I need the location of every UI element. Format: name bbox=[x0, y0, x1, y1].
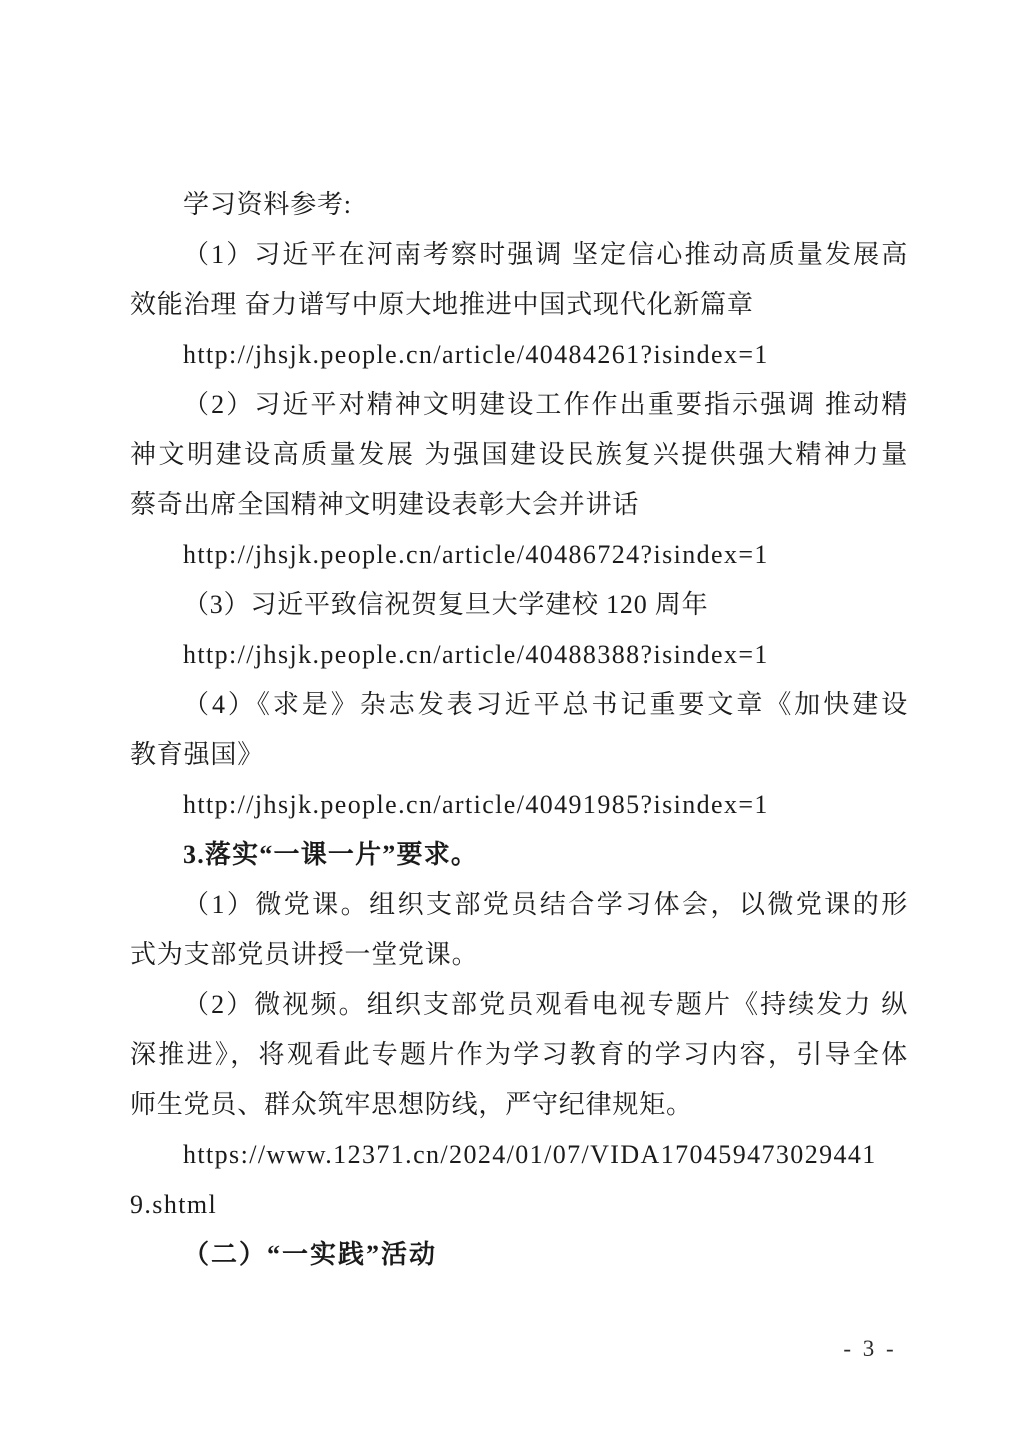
heading-one-practice: （二）“一实践”活动 bbox=[130, 1230, 908, 1280]
micro-class-line1: （1）微党课。组织支部党员结合学习体会，以微党课的形 bbox=[130, 880, 908, 930]
heading-one-lesson-one-film: 3.落实“一课一片”要求。 bbox=[130, 830, 908, 880]
video-url-line1: https://www.12371.cn/2024/01/07/VIDA1704… bbox=[130, 1130, 908, 1180]
micro-video-line3: 师生党员、群众筑牢思想防线，严守纪律规矩。 bbox=[130, 1080, 908, 1130]
ref2-title-line3: 蔡奇出席全国精神文明建设表彰大会并讲话 bbox=[130, 480, 908, 530]
ref4-title-line1: （4）《求是》杂志发表习近平总书记重要文章《加快建设 bbox=[130, 680, 908, 730]
ref3-url: http://jhsjk.people.cn/article/40488388?… bbox=[130, 630, 908, 680]
document-page: 学习资料参考: （1）习近平在河南考察时强调 坚定信心推动高质量发展高 效能治理… bbox=[0, 0, 1024, 1448]
ref3-title: （3）习近平致信祝贺复旦大学建校 120 周年 bbox=[130, 580, 908, 630]
ref4-url: http://jhsjk.people.cn/article/40491985?… bbox=[130, 780, 908, 830]
study-materials-header: 学习资料参考: bbox=[130, 180, 908, 230]
micro-video-line2: 深推进》，将观看此专题片作为学习教育的学习内容，引导全体 bbox=[130, 1030, 908, 1080]
micro-video-line1: （2）微视频。组织支部党员观看电视专题片《持续发力 纵 bbox=[130, 980, 908, 1030]
ref1-url: http://jhsjk.people.cn/article/40484261?… bbox=[130, 330, 908, 380]
ref2-url: http://jhsjk.people.cn/article/40486724?… bbox=[130, 530, 908, 580]
ref4-title-line2: 教育强国》 bbox=[130, 730, 908, 780]
ref2-title-line2: 神文明建设高质量发展 为强国建设民族复兴提供强大精神力量 bbox=[130, 430, 908, 480]
ref2-title-line1: （2）习近平对精神文明建设工作作出重要指示强调 推动精 bbox=[130, 380, 908, 430]
video-url-line2: 9.shtml bbox=[130, 1180, 908, 1230]
ref1-title-line1: （1）习近平在河南考察时强调 坚定信心推动高质量发展高 bbox=[130, 230, 908, 280]
micro-class-line2: 式为支部党员讲授一堂党课。 bbox=[130, 930, 908, 980]
page-number: - 3 - bbox=[820, 1336, 920, 1362]
document-body: 学习资料参考: （1）习近平在河南考察时强调 坚定信心推动高质量发展高 效能治理… bbox=[130, 180, 908, 1280]
ref1-title-line2: 效能治理 奋力谱写中原大地推进中国式现代化新篇章 bbox=[130, 280, 908, 330]
